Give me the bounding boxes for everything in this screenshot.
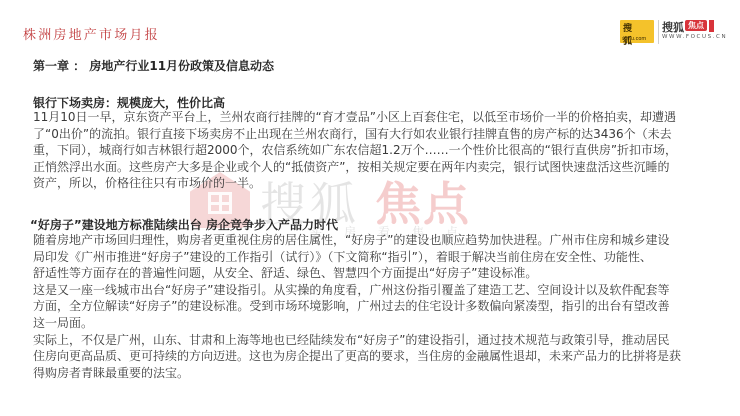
sohu-logo: 搜 狐 sohu.com bbox=[620, 20, 654, 43]
paragraph-line: 实际上，不仅是广州，山东、甘肃和上海等地也已经陆续发布“好房子”的建设指引，通过… bbox=[33, 332, 681, 349]
section-title: “好房子”建设地方标准陆续出台 房企竞争步入产品力时代 bbox=[30, 216, 338, 233]
focus-logo-url: WWW.FOCUS.CN bbox=[662, 34, 727, 40]
paragraph-line: 11月10日一早，京东资产平台上，兰州农商行挂牌的“育才壹品”小区上百套住宅，以… bbox=[33, 109, 677, 126]
paragraph-line: 住房向更高品质、更可持续的方向迈进。这也为房企提出了更高的要求，当住房的金融属性… bbox=[33, 348, 681, 365]
paragraph-line: 随着房地产市场回归理性，购房者更重视住房的居住属性，“好房子”的建设也顺应趋势加… bbox=[33, 232, 681, 249]
sohu-focus-logo: 搜狐 焦点 WWW.FOCUS.CN bbox=[662, 19, 724, 45]
paragraph-line: 得购房者青睐最重要的法宝。 bbox=[33, 365, 681, 382]
paragraph-line: 资产，所以，价格往往只有市场价的一半。 bbox=[33, 175, 677, 192]
focus-logo-bar bbox=[709, 20, 714, 32]
section-paragraph: 11月10日一早，京东资产平台上，兰州农商行挂牌的“育才壹品”小区上百套住宅，以… bbox=[33, 109, 677, 192]
window-icon bbox=[208, 192, 232, 214]
section-paragraph: 随着房地产市场回归理性，购房者更重视住房的居住属性，“好房子”的建设也顺应趋势加… bbox=[33, 232, 681, 381]
paragraph-line: 了“0出价”的流拍。银行直接下场卖房不止出现在兰州农商行，国有大行如农业银行挂牌… bbox=[33, 126, 677, 143]
sohu-logo-domain: sohu.com bbox=[622, 36, 646, 42]
focus-logo-text: 搜狐 bbox=[662, 19, 684, 35]
focus-logo-badge: 焦点 bbox=[685, 20, 707, 31]
sohu-logo-text: 搜 狐 bbox=[623, 21, 654, 47]
paragraph-line: 这是又一座一线城市出台“好房子”建设指引。从实操的角度看，广州这份指引覆盖了建造… bbox=[33, 282, 681, 299]
paragraph-line: 这一局面。 bbox=[33, 315, 681, 332]
paragraph-line: 方面，全方位解读“好房子”的建设标准。受到市场环境影响，广州过去的住宅设计多数偏… bbox=[33, 298, 681, 315]
paragraph-line: 重，下同），城商行如吉林银行超2000个，农信系统如广东农信超1.2万个……一个… bbox=[33, 142, 677, 159]
chapter-title: 第一章 ： 房地产行业11月份政策及信息动态 bbox=[33, 57, 274, 74]
paragraph-line: 正悄然浮出水面。这些房产大多是企业或个人的“抵债资产”，按相关规定要在两年内卖完… bbox=[33, 159, 677, 176]
paragraph-line: 舒适性等方面存在的普遍性问题，从安全、舒适、绿色、智慧四个方面提出“好房子”建设… bbox=[33, 265, 681, 282]
header-title: 株洲房地产市场月报 bbox=[23, 24, 160, 43]
logo-divider bbox=[658, 20, 659, 44]
paragraph-line: 局印发《广州市推进“好房子”建设的工作指引（试行）》（下文简称“指引”），着眼于… bbox=[33, 249, 681, 266]
